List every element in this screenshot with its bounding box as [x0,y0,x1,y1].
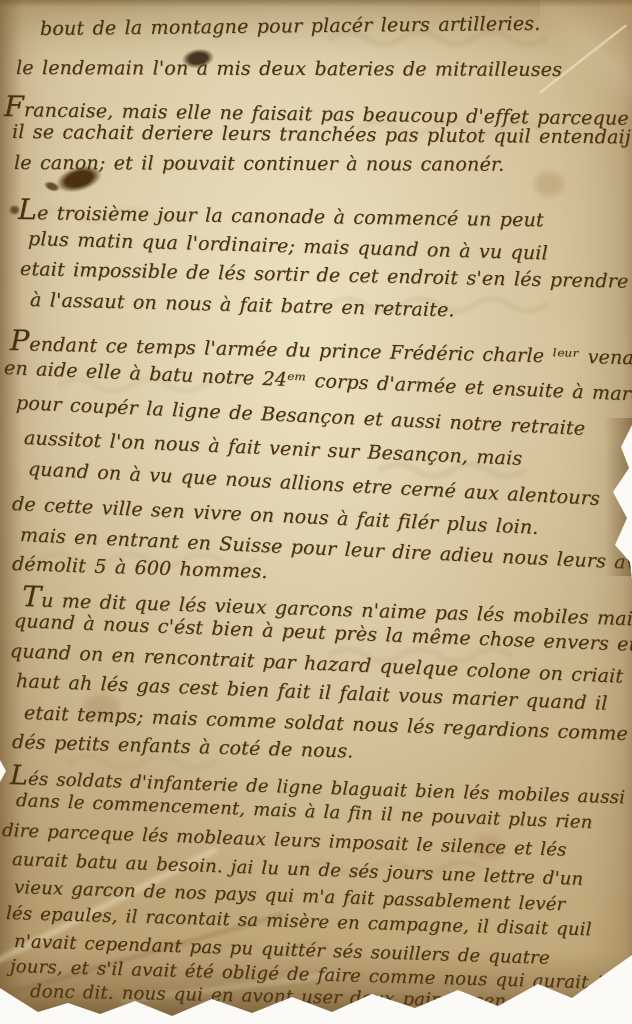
top-edge-shading [0,0,632,7]
handwriting-line: démolit 5 à 600 hommes. [12,553,268,584]
letter-page: bout de la montagne pour placér leurs ar… [0,0,632,1024]
handwriting-line: bout de la montagne pour placér leurs ar… [40,13,541,41]
letter-photo: bout de la montagne pour placér leurs ar… [0,0,632,1024]
handwriting-line: dés petits enfants à coté de nous. [12,731,354,763]
foxing-stain [534,172,564,196]
torn-bottom-edge-shading [0,952,632,1024]
handwriting-line: à l'assaut on nous à fait batre en retra… [30,289,455,322]
handwriting-line: le lendemain l'on à mis deux bateries de… [16,57,562,82]
handwriting-line: le canon; et il pouvait continuer à nous… [14,152,504,177]
torn-right-edge-shading [604,418,632,576]
handwriting-line: Le troisième jour la canonade à commencé… [18,193,544,235]
handwriting-line: il se cachait deriere leurs tranchées pa… [12,121,631,149]
